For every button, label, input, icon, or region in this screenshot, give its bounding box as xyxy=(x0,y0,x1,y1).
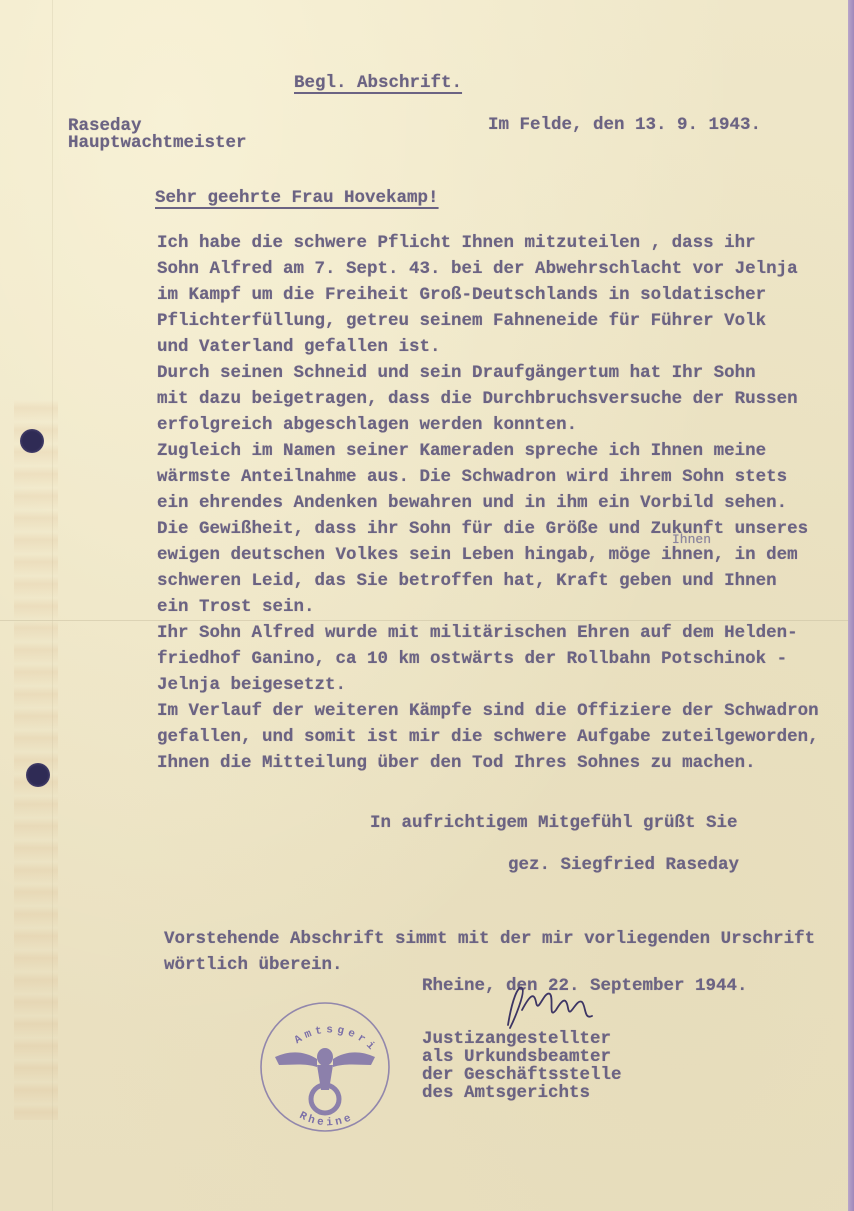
body-line: Jelnja beigesetzt. xyxy=(157,672,819,698)
body-line: friedhof Ganino, ca 10 km ostwärts der R… xyxy=(157,646,819,672)
official-title-line: als Urkundsbeamter xyxy=(422,1048,622,1066)
body-line: wärmste Anteilnahme aus. Die Schwadron w… xyxy=(157,464,819,490)
body-line: Durch seinen Schneid und sein Draufgänge… xyxy=(157,360,819,386)
typed-correction: Ihnen xyxy=(672,533,711,547)
closing: In aufrichtigem Mitgefühl grüßt Sie xyxy=(370,810,738,836)
salutation: Sehr geehrte Frau Hovekamp! xyxy=(155,185,439,211)
body-line: ein Trost sein. xyxy=(157,594,819,620)
body-line: ewigen deutschen Volkes sein Leben hinga… xyxy=(157,542,819,568)
official-title-line: des Amtsgerichts xyxy=(422,1084,622,1102)
handwritten-signature xyxy=(500,980,600,1035)
eagle-emblem-icon xyxy=(275,1048,375,1113)
body-line: mit dazu beigetragen, dass die Durchbruc… xyxy=(157,386,819,412)
punch-hole-icon xyxy=(26,763,50,787)
punch-hole-icon xyxy=(20,429,44,453)
body-line: erfolgreich abgeschlagen werden konnten. xyxy=(157,412,819,438)
body-line: Ihr Sohn Alfred wurde mit militärischen … xyxy=(157,620,819,646)
letter-body: Ich habe die schwere Pflicht Ihnen mitzu… xyxy=(157,230,819,776)
page-edge xyxy=(848,0,854,1211)
body-line: gefallen, und somit ist mir die schwere … xyxy=(157,724,819,750)
sender-rank: Hauptwachtmeister xyxy=(68,135,247,152)
body-line: im Kampf um die Freiheit Groß-Deutschlan… xyxy=(157,282,819,308)
body-line: Sohn Alfred am 7. Sept. 43. bei der Abwe… xyxy=(157,256,819,282)
body-line: Ihnen die Mitteilung über den Tod Ihres … xyxy=(157,750,819,776)
body-line: Im Verlauf der weiteren Kämpfe sind die … xyxy=(157,698,819,724)
rust-stain xyxy=(14,400,58,1120)
body-line: Zugleich im Namen seiner Kameraden sprec… xyxy=(157,438,819,464)
body-line: ein ehrendes Andenken bewahren und in ih… xyxy=(157,490,819,516)
certification-text: Vorstehende Abschrift simmt mit der mir … xyxy=(164,926,815,978)
certification-line: Vorstehende Abschrift simmt mit der mir … xyxy=(164,926,815,952)
place-date: Im Felde, den 13. 9. 1943. xyxy=(488,112,761,138)
body-line: Ich habe die schwere Pflicht Ihnen mitzu… xyxy=(157,230,819,256)
official-title-line: der Geschäftsstelle xyxy=(422,1066,622,1084)
official-title-line: Justizangestellter xyxy=(422,1030,622,1048)
body-line: schweren Leid, das Sie betroffen hat, Kr… xyxy=(157,568,819,594)
signature-typed: gez. Siegfried Raseday xyxy=(508,852,739,878)
document-heading: Begl. Abschrift. xyxy=(294,70,462,96)
body-line: und Vaterland gefallen ist. xyxy=(157,334,819,360)
body-line: Die Gewißheit, dass ihr Sohn für die Grö… xyxy=(157,516,819,542)
official-stamp: Amtsgericht Rheine xyxy=(255,995,395,1140)
body-line: Pflichterfüllung, getreu seinem Fahnenei… xyxy=(157,308,819,334)
official-title: Justizangestellterals Urkundsbeamterder … xyxy=(422,1030,622,1102)
